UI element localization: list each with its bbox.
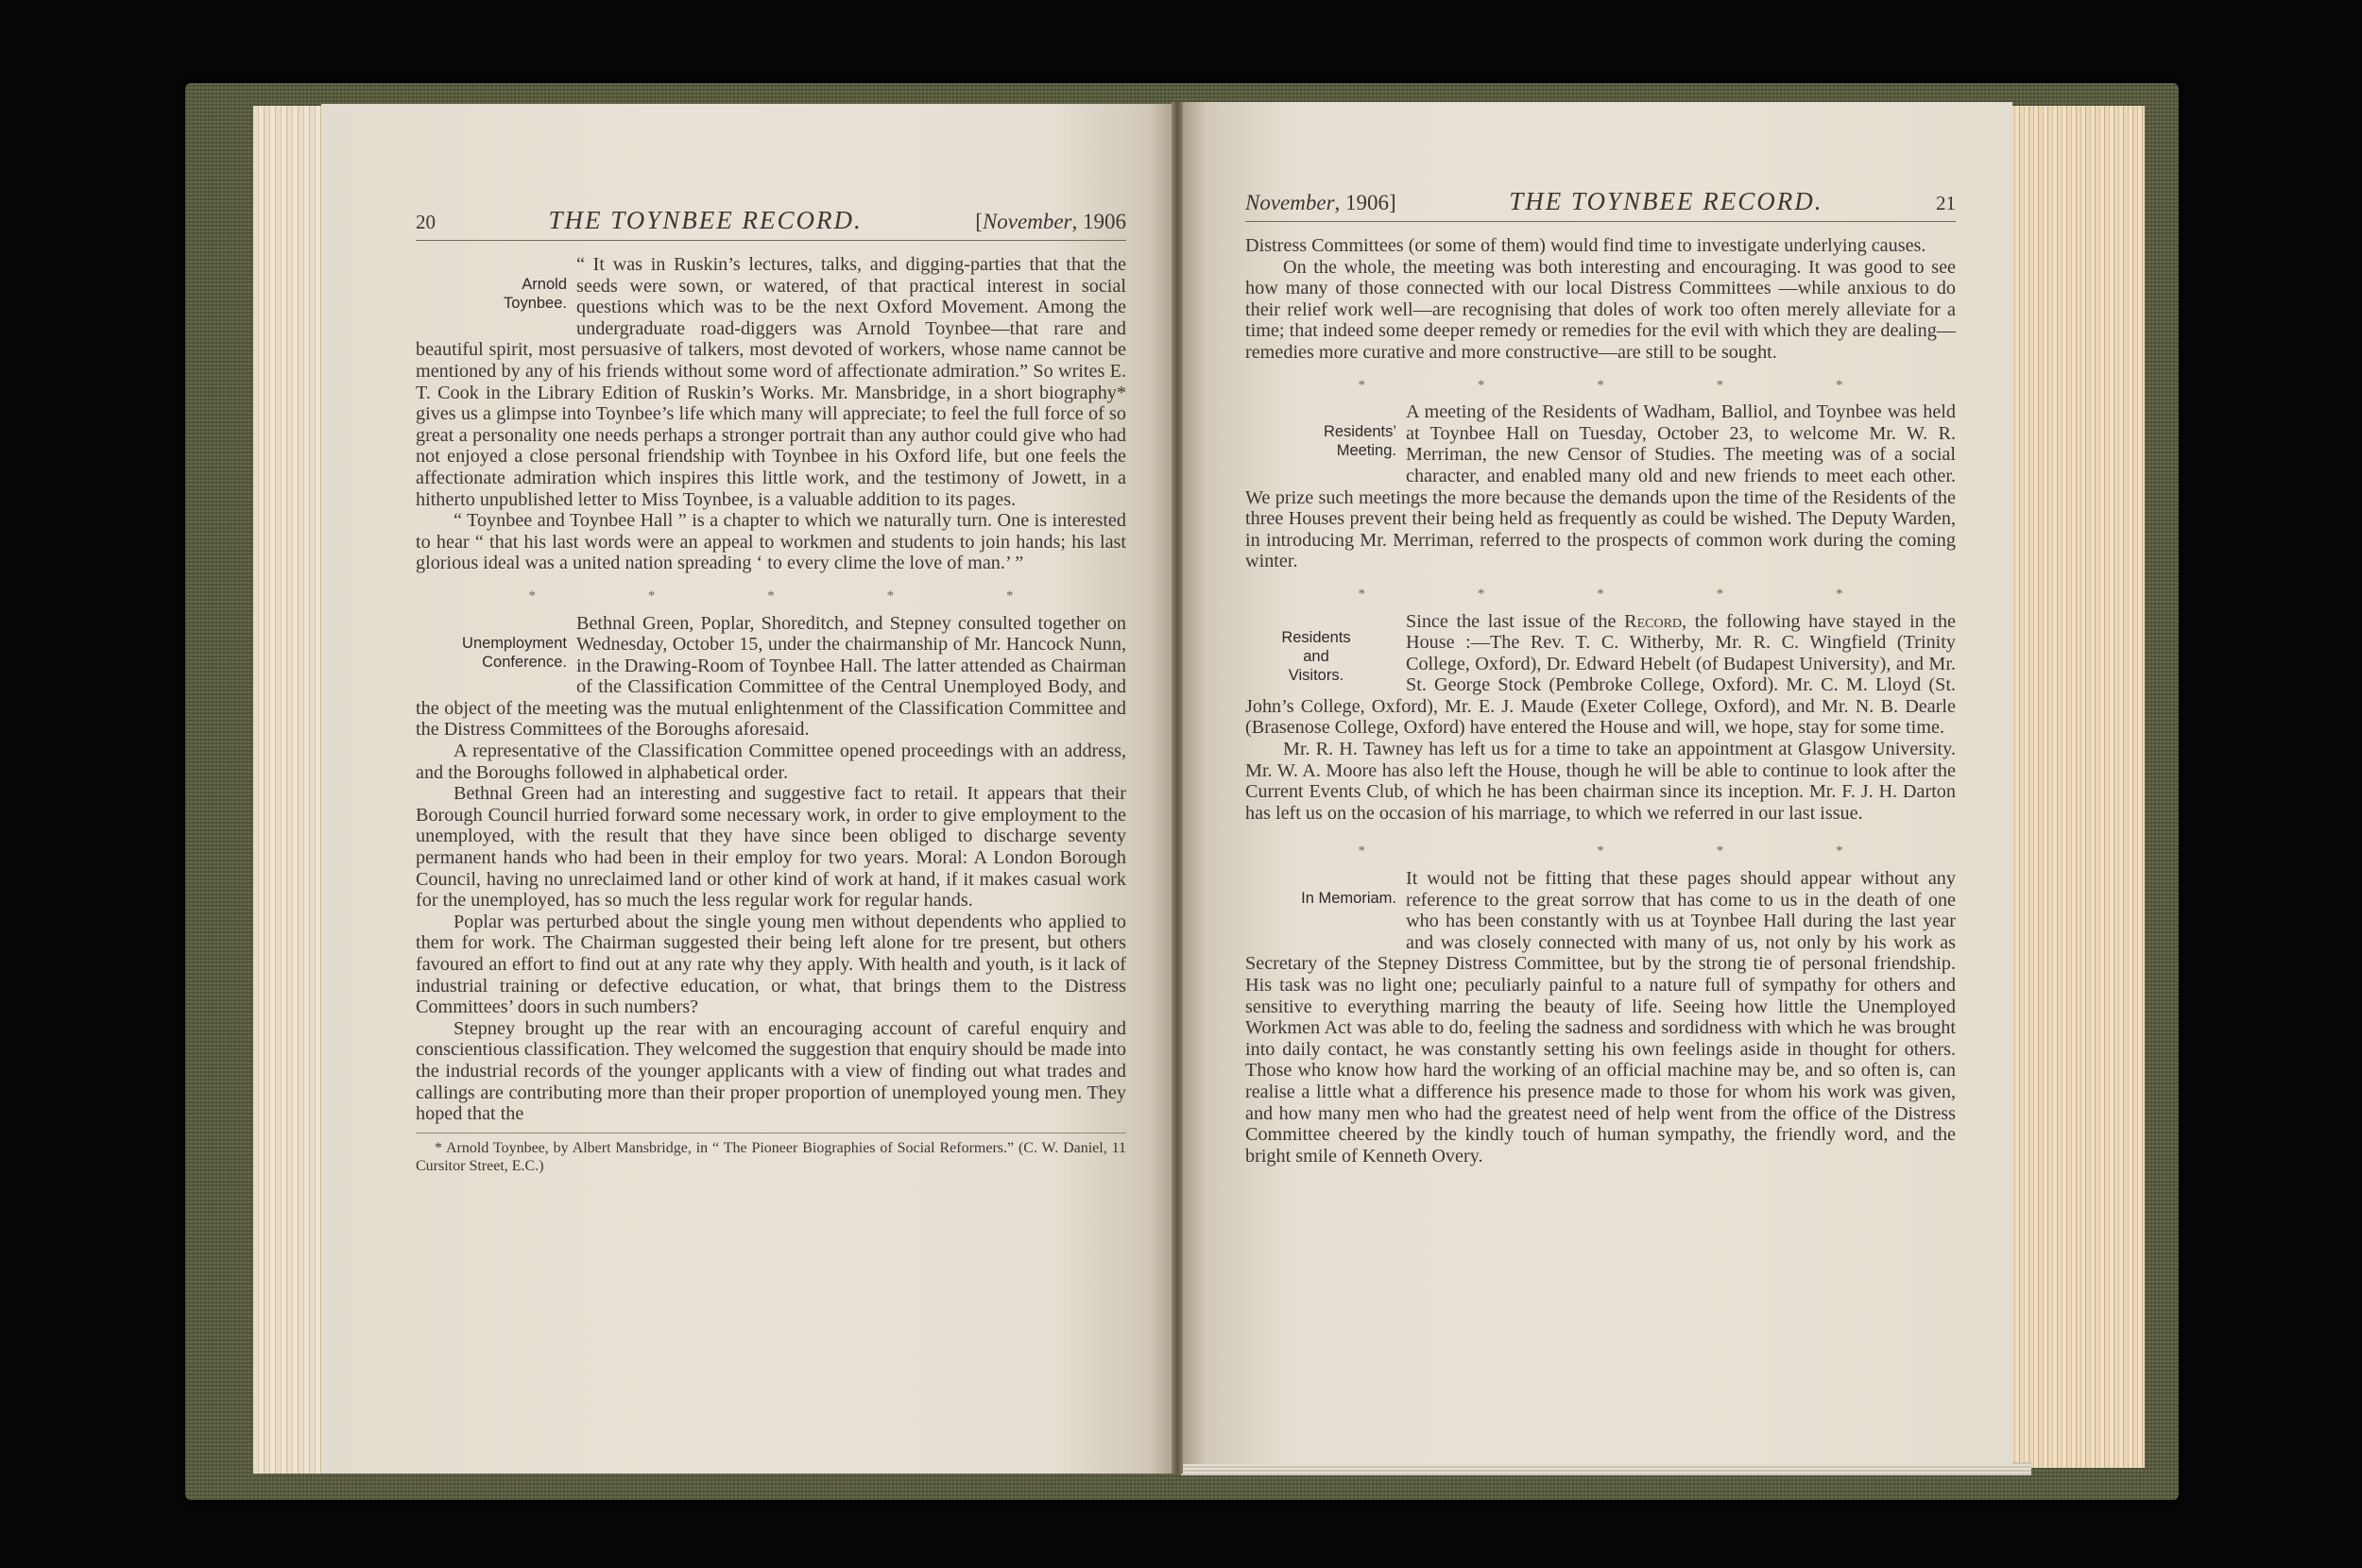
paragraph: Stepney brought up the rear with an enco… <box>416 1018 1126 1125</box>
right-page-column: November, 1906] THE TOYNBEE RECORD. 21 D… <box>1245 191 1956 1167</box>
section-residents-meeting: Residents’ Meeting. A meeting of the Res… <box>1245 401 1956 572</box>
running-date: [November, 1906 <box>975 212 1126 233</box>
running-head: November, 1906] THE TOYNBEE RECORD. 21 <box>1245 191 1956 222</box>
paragraph: Bethnal Green had an interesting and sug… <box>416 783 1126 912</box>
section-in-memoriam: In Memoriam. It would not be fitting tha… <box>1245 868 1956 1167</box>
side-heading: Residents’ Meeting. <box>1245 422 1396 460</box>
book-gutter <box>1172 102 1183 1474</box>
section-separator: ***** <box>416 574 1126 613</box>
side-heading: Arnold Toynbee. <box>416 275 567 313</box>
page-number: 21 <box>1936 193 1956 214</box>
bottom-page-edges <box>1181 1462 2031 1475</box>
section-unemployment-conference: Unemployment Conference. Bethnal Green, … <box>416 613 1126 1125</box>
side-heading: Residents and Visitors. <box>1245 628 1387 685</box>
running-title: THE TOYNBEE RECORD. <box>549 210 863 231</box>
running-title: THE TOYNBEE RECORD. <box>1509 191 1823 213</box>
side-heading: Unemployment Conference. <box>416 634 567 672</box>
left-page-edges <box>253 106 327 1474</box>
footnote: * Arnold Toynbee, by Albert Mansbridge, … <box>416 1133 1126 1175</box>
right-page-edges <box>2011 106 2145 1468</box>
page-number: 20 <box>416 212 436 233</box>
paragraph: On the whole, the meeting was both inter… <box>1245 257 1956 364</box>
paragraph: “ Toynbee and Toynbee Hall ” is a chapte… <box>416 510 1126 574</box>
left-page-column: 20 THE TOYNBEE RECORD. [November, 1906 A… <box>416 210 1126 1175</box>
paragraph: Distress Committees (or some of them) wo… <box>1245 235 1956 257</box>
section-separator: ***** <box>1245 572 1956 611</box>
section-separator: ***** <box>1245 364 1956 402</box>
paragraph: Mr. R. H. Tawney has left us for a time … <box>1245 739 1956 824</box>
section-residents-and-visitors: Residents and Visitors. Since the last i… <box>1245 611 1956 825</box>
side-heading: In Memoriam. <box>1245 889 1396 908</box>
paragraph: A representative of the Classification C… <box>416 741 1126 783</box>
section-arnold-toynbee: Arnold Toynbee. “ It was in Ruskin’s lec… <box>416 254 1126 574</box>
paragraph: Poplar was perturbed about the single yo… <box>416 912 1126 1018</box>
running-date: November, 1906] <box>1245 193 1396 214</box>
running-head: 20 THE TOYNBEE RECORD. [November, 1906 <box>416 210 1126 241</box>
section-separator: ***** <box>1245 824 1956 868</box>
